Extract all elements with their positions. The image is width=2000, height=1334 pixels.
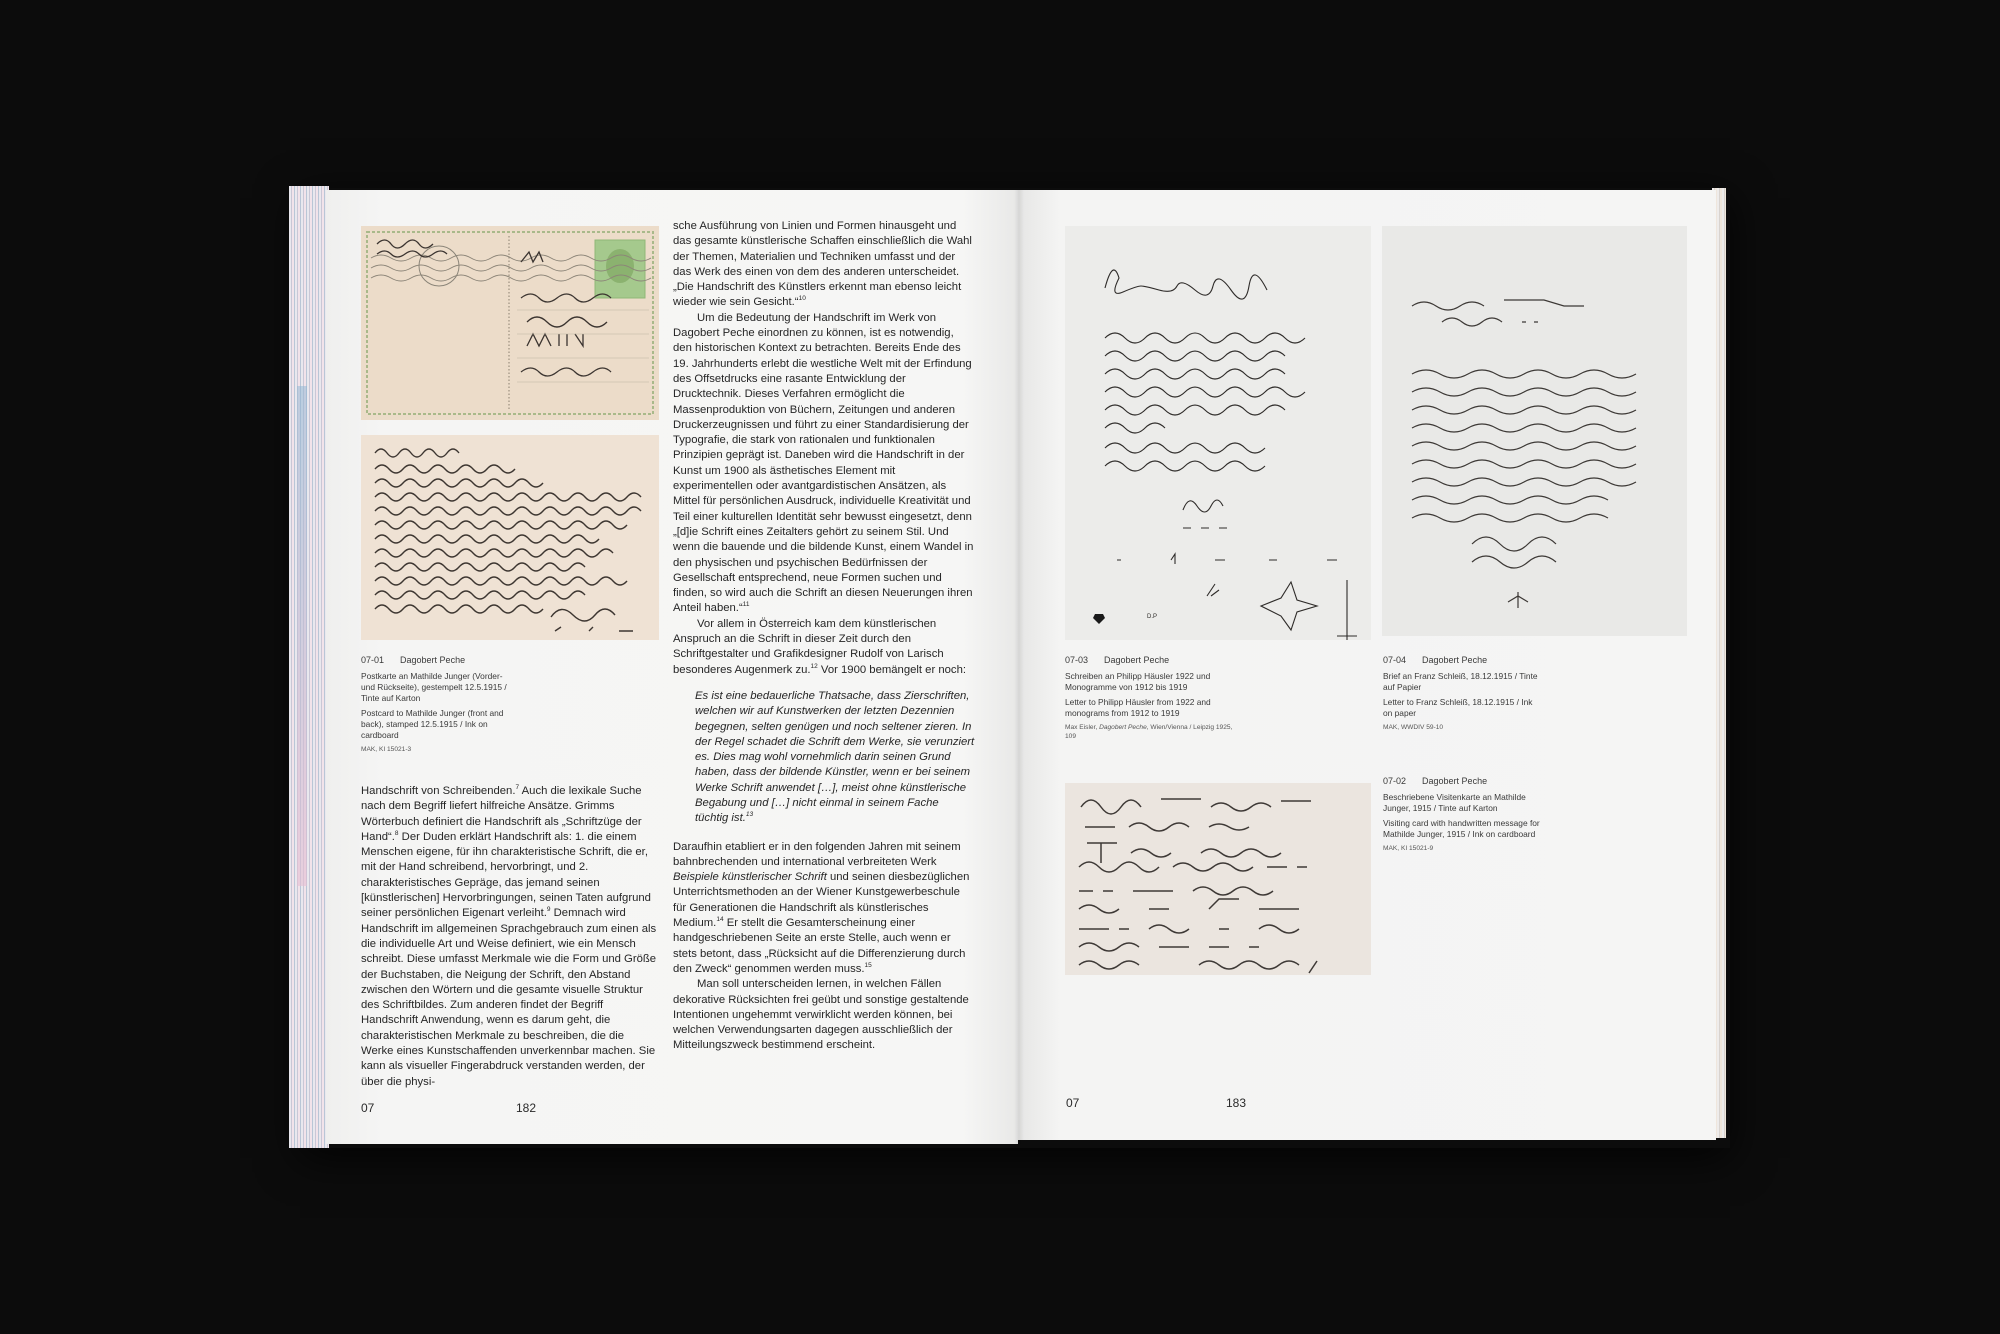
- block-quote: Es ist eine bedauerliche Thatsache, dass…: [673, 689, 975, 827]
- chapter-number-left: 07: [361, 1101, 374, 1115]
- letter-schleiss-image: [1382, 226, 1687, 636]
- caption-german: Beschriebene Visitenkarte an Mathilde Ju…: [1383, 792, 1543, 814]
- figure-caption-07-01: 07-01Dagobert Peche Postkarte an Mathild…: [361, 655, 511, 754]
- figure-caption-07-02: 07-02Dagobert Peche Beschriebene Visiten…: [1383, 776, 1543, 853]
- right-text-column: sche Ausführung von Linien und Formen hi…: [673, 219, 975, 1054]
- figure-caption-07-03: 07-03Dagobert Peche Schreiben an Philipp…: [1065, 655, 1245, 741]
- body-paragraph: Daraufhin etabliert er in den folgenden …: [673, 840, 975, 978]
- handwritten-letter-schleiss: [1382, 226, 1687, 636]
- caption-source: MAK, KI 15021-9: [1383, 844, 1543, 853]
- postcard-back-image: [361, 435, 659, 640]
- caption-german: Brief an Franz Schleiß, 18.12.1915 / Tin…: [1383, 671, 1543, 693]
- caption-english: Letter to Philipp Häusler from 1922 and …: [1065, 697, 1245, 719]
- figure-artist: Dagobert Peche: [400, 655, 465, 666]
- handwritten-visiting-card: [1065, 783, 1371, 975]
- figure-number: 07-04: [1383, 655, 1406, 666]
- body-paragraph: sche Ausführung von Linien und Formen hi…: [673, 219, 975, 311]
- footnote-ref: 10: [799, 296, 806, 303]
- heart-crown-monogram: [1093, 614, 1105, 624]
- caption-english: Postcard to Mathilde Junger (front and b…: [361, 708, 511, 741]
- caption-source: MAK, KI 15021-3: [361, 745, 511, 754]
- body-paragraph: Vor allem in Österreich kam dem künstler…: [673, 617, 975, 678]
- page-number-right: 183: [1226, 1096, 1246, 1110]
- figure-number: 07-03: [1065, 655, 1088, 666]
- chapter-number-right: 07: [1066, 1096, 1079, 1110]
- figure-number: 07-01: [361, 655, 384, 666]
- caption-source: MAK, WWDIV 59-10: [1383, 723, 1543, 732]
- caption-english: Letter to Franz Schleiß, 18.12.1915 / In…: [1383, 697, 1543, 719]
- footnote-ref: 14: [716, 916, 723, 923]
- figure-number: 07-02: [1383, 776, 1406, 787]
- postcard-front-illustration: [361, 226, 659, 420]
- body-paragraph: Man soll unterscheiden lernen, in welche…: [673, 977, 975, 1053]
- caption-english: Visiting card with handwritten message f…: [1383, 818, 1543, 840]
- footnote-ref: 15: [865, 962, 872, 969]
- book-gutter: [1014, 190, 1024, 1144]
- footnote-ref: 11: [743, 602, 750, 609]
- letter-haeusler-image: D.P: [1065, 226, 1371, 640]
- footnote-ref: 13: [746, 812, 753, 819]
- figure-caption-07-04: 07-04Dagobert Peche Brief an Franz Schle…: [1383, 655, 1543, 732]
- figure-artist: Dagobert Peche: [1104, 655, 1169, 666]
- footnote-ref: 12: [811, 663, 818, 670]
- page-number-left: 182: [516, 1101, 536, 1115]
- body-paragraph: Um die Bedeutung der Handschrift im Werk…: [673, 311, 975, 617]
- caption-source: Max Eisler, Dagobert Peche, Wien/Vienna …: [1065, 723, 1245, 741]
- caption-german: Postkarte an Mathilde Junger (Vorder- un…: [361, 671, 511, 704]
- book-page-edges-left: [289, 186, 329, 1148]
- left-text-column: Handschrift von Schreibenden.7 Auch die …: [361, 784, 659, 1090]
- figure-artist: Dagobert Peche: [1422, 655, 1487, 666]
- handwritten-postcard-text: [361, 435, 659, 640]
- body-paragraph: Handschrift von Schreibenden.7 Auch die …: [361, 784, 659, 1090]
- handwritten-letter-with-monograms: D.P: [1065, 226, 1371, 640]
- caption-german: Schreiben an Philipp Häusler 1922 und Mo…: [1065, 671, 1245, 693]
- postcard-front-image: [361, 226, 659, 420]
- book-title: Beispiele künstlerischer Schrift: [673, 871, 827, 883]
- svg-text:D.P: D.P: [1147, 614, 1157, 620]
- visiting-card-image: [1065, 783, 1371, 975]
- figure-artist: Dagobert Peche: [1422, 776, 1487, 787]
